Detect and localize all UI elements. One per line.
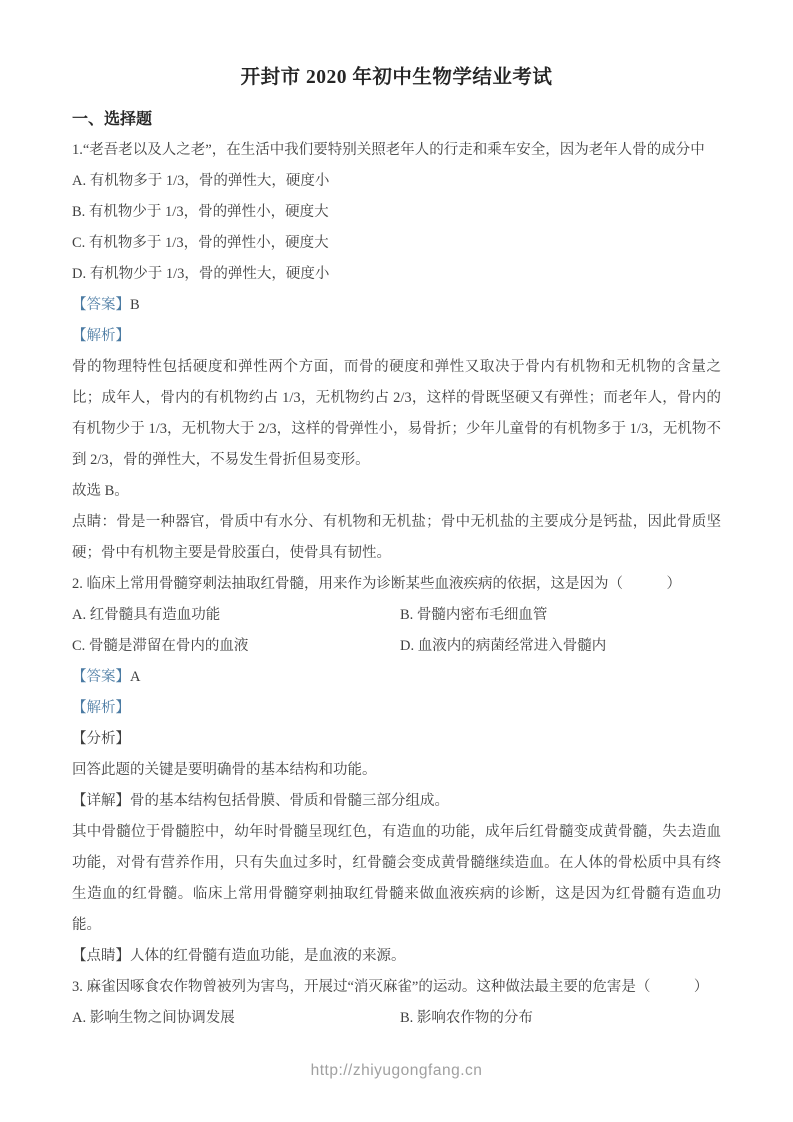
q1-analysis-paragraph: 骨的物理特性包括硬度和弹性两个方面，而骨的硬度和弹性又取决于骨内有机物和无机物的… — [72, 352, 721, 476]
q1-answer-value: B — [130, 297, 140, 313]
answer-label: 【答案】 — [72, 669, 130, 685]
q1-analysis-line: 【解析】 — [72, 321, 721, 352]
q2-answer-value: A — [130, 669, 140, 685]
q2-stem: 2. 临床上常用骨髓穿刺法抽取红骨髓，用来作为诊断某些血液疾病的依据，这是因为（… — [72, 569, 721, 600]
q2-option-a: A. 红骨髓具有造血功能 — [72, 600, 400, 631]
analysis-label: 【解析】 — [72, 328, 130, 344]
exam-document: 开封市 2020 年初中生物学结业考试 一、选择题 1.“老吾老以及人之老”，在… — [0, 0, 793, 1034]
analysis-label: 【解析】 — [72, 700, 130, 716]
q1-option-d: D. 有机物少于 1/3，骨的弹性大，硬度小 — [72, 259, 721, 290]
q3-option-a: A. 影响生物之间协调发展 — [72, 1003, 400, 1034]
q2-analysis2-label: 【分析】 — [72, 724, 721, 755]
q2-option-c: C. 骨髓是滞留在骨内的血液 — [72, 631, 400, 662]
q2-option-b: B. 骨髓内密布毛细血管 — [400, 600, 721, 631]
q1-option-b: B. 有机物少于 1/3，骨的弹性小，硬度大 — [72, 197, 721, 228]
page-title: 开封市 2020 年初中生物学结业考试 — [72, 64, 721, 92]
q1-stem: 1.“老吾老以及人之老”，在生活中我们要特别关照老年人的行走和乘车安全，因为老年… — [72, 135, 721, 166]
q2-detail-paragraph: 其中骨髓位于骨髓腔中，幼年时骨髓呈现红色，有造血的功能，成年后红骨髓变成黄骨髓，… — [72, 817, 721, 941]
q1-option-a: A. 有机物多于 1/3，骨的弹性大，硬度小 — [72, 166, 721, 197]
q3-options-row1: A. 影响生物之间协调发展 B. 影响农作物的分布 — [72, 1003, 721, 1034]
q1-tip: 点睛：骨是一种器官，骨质中有水分、有机物和无机盐；骨中无机盐的主要成分是钙盐，因… — [72, 507, 721, 569]
q2-options-row2: C. 骨髓是滞留在骨内的血液 D. 血液内的病菌经常进入骨髓内 — [72, 631, 721, 662]
answer-label: 【答案】 — [72, 297, 130, 313]
q3-stem: 3. 麻雀因啄食农作物曾被列为害鸟，开展过“消灭麻雀”的运动。这种做法最主要的危… — [72, 972, 721, 1003]
q2-detail-line: 【详解】骨的基本结构包括骨膜、骨质和骨髓三部分组成。 — [72, 786, 721, 817]
q2-analysis-line: 【解析】 — [72, 693, 721, 724]
q2-tip: 【点睛】人体的红骨髓有造血功能，是血液的来源。 — [72, 941, 721, 972]
q2-answer-line: 【答案】A — [72, 662, 721, 693]
q2-analysis-text: 回答此题的关键是要明确骨的基本结构和功能。 — [72, 755, 721, 786]
footer-url: http://zhiyugongfang.cn — [0, 1061, 793, 1081]
section-heading: 一、选择题 — [72, 104, 721, 135]
q1-answer-line: 【答案】B — [72, 290, 721, 321]
q1-option-c: C. 有机物多于 1/3，骨的弹性小，硬度大 — [72, 228, 721, 259]
q2-option-d: D. 血液内的病菌经常进入骨髓内 — [400, 631, 721, 662]
q3-option-b: B. 影响农作物的分布 — [400, 1003, 721, 1034]
q2-options-row1: A. 红骨髓具有造血功能 B. 骨髓内密布毛细血管 — [72, 600, 721, 631]
q1-conclusion: 故选 B。 — [72, 476, 721, 507]
